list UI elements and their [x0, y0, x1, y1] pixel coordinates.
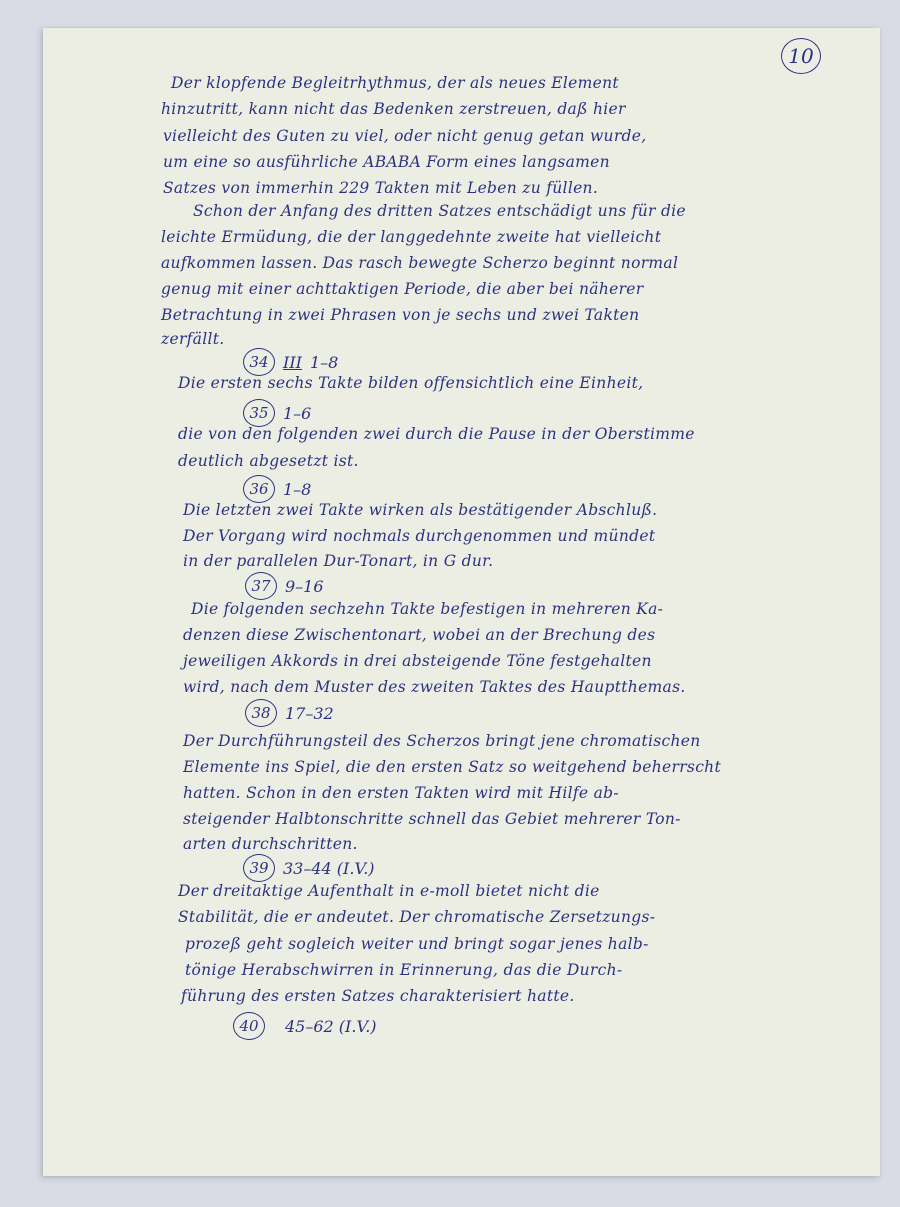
bar-range: 17–32	[285, 704, 334, 723]
music-example-39: 39 33–44 (I.V.)	[243, 854, 375, 882]
text-line: denzen diese Zwischentonart, wobei an de…	[183, 626, 655, 644]
example-number: 37	[245, 572, 277, 600]
text-line: aufkommen lassen. Das rasch bewegte Sche…	[161, 254, 678, 272]
text-line: Die ersten sechs Takte bilden offensicht…	[178, 374, 643, 392]
text-line: in der parallelen Dur-Tonart, in G dur.	[183, 552, 493, 570]
text-line: tönige Herabschwirren in Erinnerung, das…	[185, 961, 622, 979]
bar-range: 1–8	[283, 480, 311, 499]
music-example-34: 34 III 1–8	[243, 348, 338, 376]
text-line: zerfällt.	[161, 330, 225, 348]
text-line: steigender Halbtonschritte schnell das G…	[183, 810, 681, 828]
music-example-40: 40 45–62 (I.V.)	[233, 1012, 377, 1040]
handwritten-page: 10 Der klopfende Begleitrhythmus, der al…	[43, 28, 880, 1176]
text-line: wird, nach dem Muster des zweiten Taktes…	[183, 678, 686, 696]
text-line: deutlich abgesetzt ist.	[178, 452, 359, 470]
text-line: Der dreitaktige Aufenthalt in e-moll bie…	[178, 882, 600, 900]
text-line: Satzes von immerhin 229 Takten mit Leben…	[163, 179, 598, 197]
text-line: Die folgenden sechzehn Takte befestigen …	[191, 600, 663, 618]
text-line: Der Durchführungsteil des Scherzos bring…	[183, 732, 701, 750]
bar-range: 9–16	[285, 577, 324, 596]
text-line: führung des ersten Satzes charakterisier…	[181, 987, 575, 1005]
text-line: Die letzten zwei Takte wirken als bestät…	[183, 501, 657, 519]
music-example-35: 35 1–6	[243, 399, 311, 427]
text-line: arten durchschritten.	[183, 835, 358, 853]
music-example-38: 38 17–32	[245, 699, 334, 727]
text-line: jeweiligen Akkords in drei absteigende T…	[183, 652, 652, 670]
text-line: Schon der Anfang des dritten Satzes ents…	[193, 202, 686, 220]
text-line: Betrachtung in zwei Phrasen von je sechs…	[161, 306, 639, 324]
example-number: 35	[243, 399, 275, 427]
page-number: 10	[781, 38, 821, 74]
text-line: Stabilität, die er andeutet. Der chromat…	[178, 908, 655, 926]
example-number: 40	[233, 1012, 265, 1040]
bar-range: 1–6	[283, 404, 311, 423]
text-line: um eine so ausführliche ABABA Form eines…	[163, 153, 610, 171]
text-line: Der klopfende Begleitrhythmus, der als n…	[171, 74, 619, 92]
example-number: 34	[243, 348, 275, 376]
bar-range: 33–44 (I.V.)	[283, 859, 375, 878]
text-line: hinzutritt, kann nicht das Bedenken zers…	[161, 100, 626, 118]
bar-range: 1–8	[310, 353, 338, 372]
text-line: genug mit einer achttaktigen Periode, di…	[161, 280, 643, 298]
music-example-36: 36 1–8	[243, 475, 311, 503]
movement-number: III	[283, 353, 302, 372]
text-line: vielleicht des Guten zu viel, oder nicht…	[163, 127, 646, 145]
example-number: 39	[243, 854, 275, 882]
text-line: die von den folgenden zwei durch die Pau…	[178, 425, 695, 443]
example-number: 36	[243, 475, 275, 503]
text-line: leichte Ermüdung, die der langgedehnte z…	[161, 228, 661, 246]
bar-range: 45–62 (I.V.)	[285, 1017, 377, 1036]
text-line: Der Vorgang wird nochmals durchgenommen …	[183, 527, 655, 545]
text-line: prozeß geht sogleich weiter und bringt s…	[185, 935, 649, 953]
example-number: 38	[245, 699, 277, 727]
music-example-37: 37 9–16	[245, 572, 324, 600]
text-line: hatten. Schon in den ersten Takten wird …	[183, 784, 619, 802]
text-line: Elemente ins Spiel, die den ersten Satz …	[183, 758, 721, 776]
